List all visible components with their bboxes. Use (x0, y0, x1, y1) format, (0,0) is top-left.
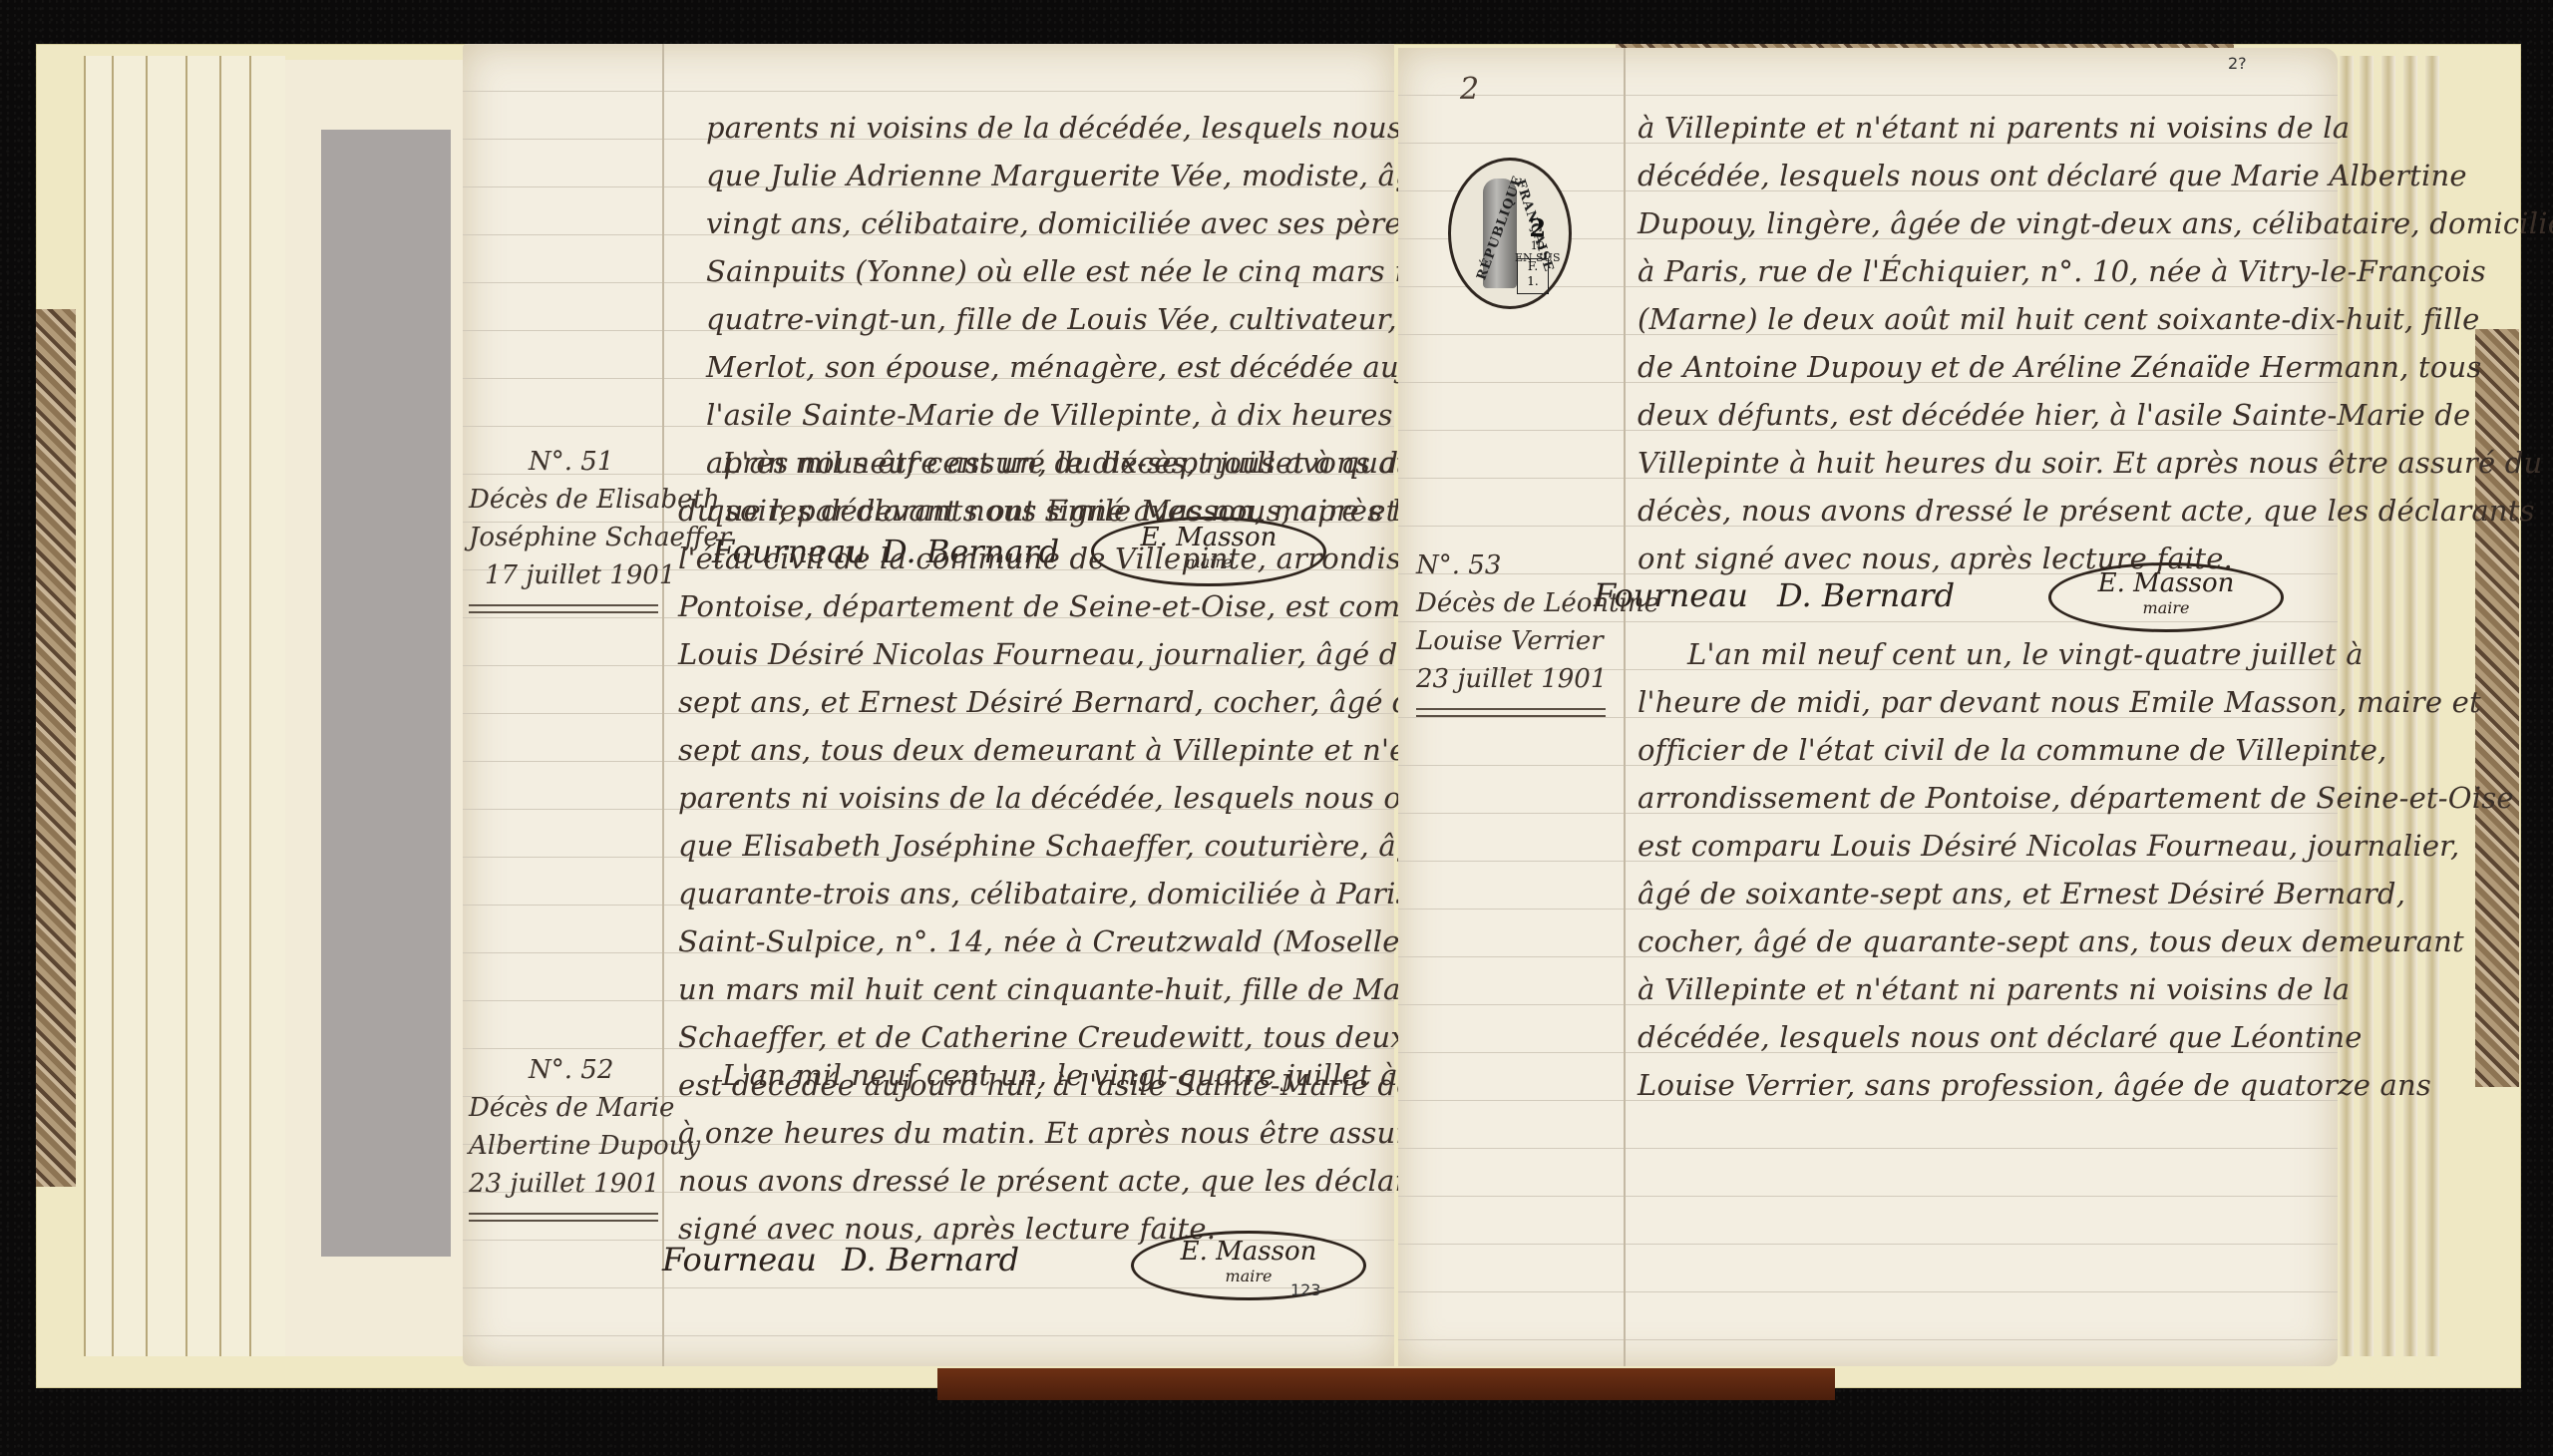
margin-title-line: Décès de Léontine (1416, 588, 1659, 618)
entry-number: N°. 52 (469, 1051, 700, 1089)
text-line: deux défunts, est décédée hier, à l'asil… (1638, 391, 2470, 439)
text-line: arrondissement de Pontoise, département … (1638, 774, 2514, 822)
page-number: 123 (1290, 1280, 1321, 1299)
text-line: à Paris, rue de l'Échiquier, n°. 10, née… (1638, 247, 2486, 295)
wooden-cradle (937, 1368, 1835, 1400)
text-line: âgé de soixante-sept ans, et Ernest Dési… (1638, 870, 2405, 917)
text-line: cocher, âgé de quarante-sept ans, tous d… (1638, 917, 2464, 965)
stamp-box-letter: F. (1528, 259, 1538, 273)
text-line: à Villepinte et n'étant ni parents ni vo… (1638, 104, 2350, 152)
text-line: (Marne) le deux août mil huit cent soixa… (1638, 295, 2479, 343)
text-line: L'an mil neuf cent un, le vingt-quatre j… (1687, 630, 2364, 678)
text-line: l'heure de midi, par devant nous Emile M… (1638, 678, 2481, 726)
double-rule (469, 1213, 658, 1222)
margin-title-line: Décès de Marie (469, 1093, 674, 1123)
text-line: Dupouy, lingère, âgée de vingt-deux ans,… (1638, 199, 2553, 247)
margin-date: 23 juillet 1901 (469, 1169, 659, 1199)
text-line: officier de l'état civil de la commune d… (1638, 726, 2386, 774)
double-rule (469, 604, 658, 613)
margin-date: 23 juillet 1901 (1416, 664, 1607, 694)
text-line: que Elisabeth Joséphine Schaeffer, coutu… (678, 822, 1495, 870)
mayor-name: E. Masson (2098, 568, 2235, 598)
stamp-value: 2 10 EN SUS (1515, 216, 1561, 264)
double-rule (1416, 708, 1606, 717)
stamp-denomination-box: F. 1. (1517, 258, 1549, 294)
left-page: parents ni voisins de la décédée, lesque… (463, 44, 1394, 1366)
margin-entry-52: N°. 52 Décès de Marie Albertine Dupouy 2… (469, 1051, 700, 1222)
stamp-value-main: 2 (1529, 213, 1546, 242)
declarant-signature: D. Bernard (842, 1241, 1019, 1278)
text-line: L'an mil neuf cent un, le vingt-quatre j… (722, 1051, 1398, 1099)
text-line: sept ans, tous deux demeurant à Villepin… (678, 726, 1504, 774)
text-line: Villepinte à huit heures du soir. Et apr… (1638, 439, 2542, 487)
corner-mark: 2? (2228, 54, 2247, 73)
revenue-stamp: RÉPUBLIQUE FRANÇAISE 2 10 EN SUS F. 1. (1448, 158, 1572, 309)
text-line: décès, nous avons dressé le présent acte… (1638, 487, 2535, 535)
text-line: Louise Verrier, sans profession, âgée de… (1638, 1061, 2431, 1109)
text-line: décédée, lesquels nous ont déclaré que M… (1638, 152, 2467, 199)
margin-entry-53: N°. 53 Décès de Léontine Louise Verrier … (1416, 546, 1659, 717)
entry-number: N°. 53 (1416, 546, 1659, 584)
mayor-signature: E. Masson maire (1131, 1231, 1366, 1300)
margin-title-line: Albertine Dupouy (469, 1131, 700, 1161)
stamp-box-value: 1. (1527, 274, 1538, 288)
text-line: à Villepinte et n'étant ni parents ni vo… (1638, 965, 2350, 1013)
text-line: Pontoise, département de Seine-et-Oise, … (678, 582, 1470, 630)
text-line: de Antoine Dupouy et de Aréline Zénaïde … (1638, 343, 2481, 391)
entry-number: N°. 51 (469, 443, 731, 481)
folio-number: 2 (1460, 72, 1479, 107)
marbled-cover-left (36, 309, 76, 1187)
mayor-title: maire (2051, 601, 2281, 615)
margin-title-line: Louise Verrier (1416, 626, 1604, 656)
grey-insert-sheet (321, 130, 451, 1257)
text-line: décédée, lesquels nous ont déclaré que L… (1638, 1013, 2363, 1061)
mayor-title: maire (1134, 1270, 1363, 1283)
text-line: quarante-trois ans, célibataire, domicil… (678, 870, 1480, 917)
text-line: que Julie Adrienne Marguerite Vée, modis… (706, 152, 1494, 199)
text-line: est comparu Louis Désiré Nicolas Fournea… (1638, 822, 2459, 870)
page-stack-left (249, 56, 285, 1356)
mayor-signature: E. Masson maire (2048, 562, 2284, 632)
declarant-signature: Fourneau (662, 1241, 817, 1278)
margin-date: 17 juillet 1901 (469, 560, 675, 590)
mayor-name: E. Masson (1181, 1237, 1317, 1267)
declarant-signature: D. Bernard (1777, 576, 1955, 614)
